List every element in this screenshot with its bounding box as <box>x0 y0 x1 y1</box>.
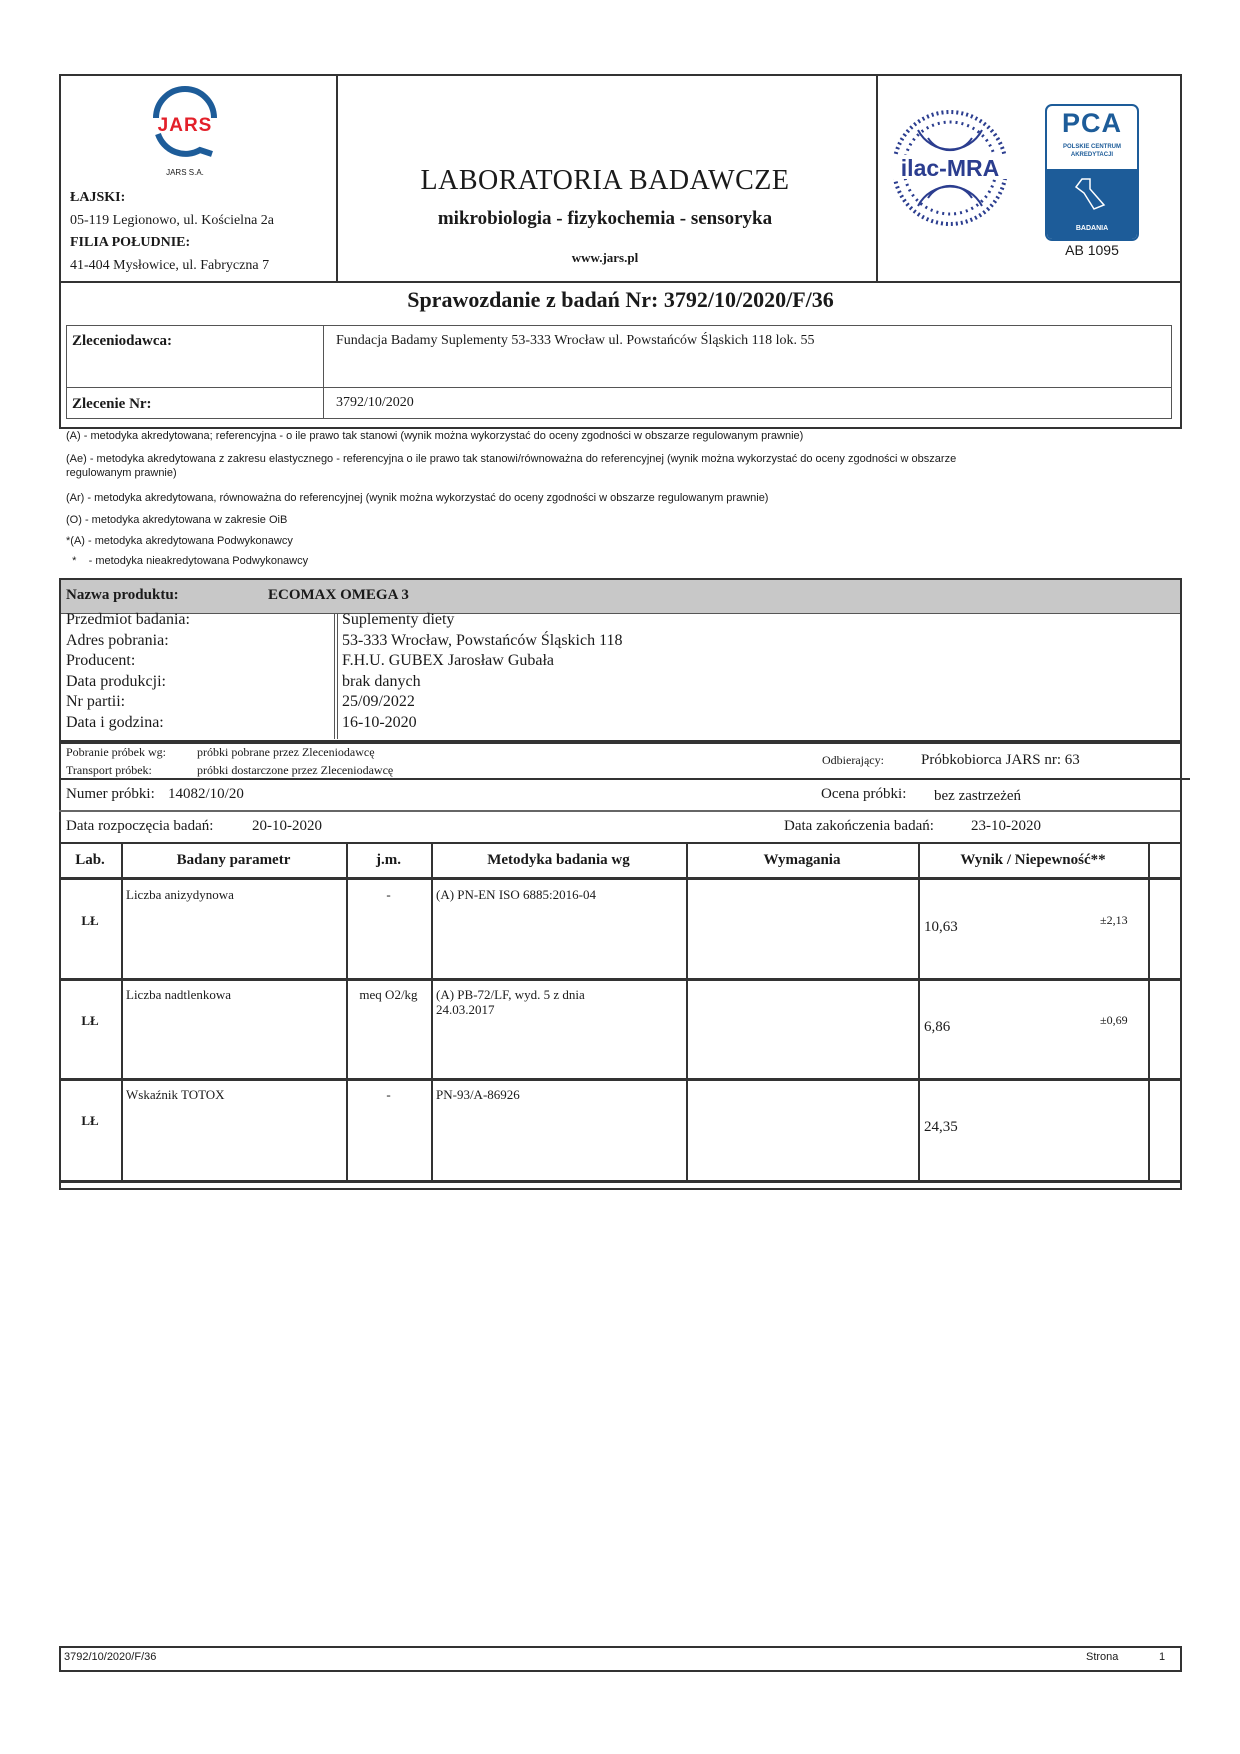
method-date: 24.03.2017 <box>436 1002 495 1018</box>
client-value: Fundacja Badamy Suplementy 53-333 Wrocła… <box>336 333 814 349</box>
parameter-name: Wskaźnik TOTOX <box>126 1087 225 1103</box>
detail-label: Data produkcji: <box>66 673 166 691</box>
result-value: 10,63 <box>924 919 958 936</box>
receiver-value: Próbkobiorca JARS nr: 63 <box>921 752 1080 769</box>
note-ae-cont: regulowanym prawnie) <box>66 467 177 479</box>
company-name: JARS S.A. <box>140 168 230 177</box>
sampling-method-value: próbki pobrane przez Zleceniodawcę <box>197 745 375 760</box>
note-o: (O) - metodyka akredytowana w zakresie O… <box>66 514 287 526</box>
column-header: Badany parametr <box>121 852 346 869</box>
divider <box>66 387 1171 388</box>
pca-badge: BADANIA <box>1047 225 1137 232</box>
detail-value: 25/09/2022 <box>342 693 415 711</box>
order-label: Zlecenie Nr: <box>72 396 152 413</box>
lab-code: LŁ <box>59 913 121 929</box>
unit: - <box>346 887 431 903</box>
start-date-label: Data rozpoczęcia badań: <box>66 818 213 835</box>
row-divider <box>59 978 1180 981</box>
end-date-value: 23-10-2020 <box>971 818 1041 835</box>
detail-label: Adres pobrania: <box>66 632 169 650</box>
svg-text:ilac-MRA: ilac-MRA <box>901 155 999 181</box>
product-name-value: ECOMAX OMEGA 3 <box>268 587 409 604</box>
end-date-label: Data zakończenia badań: <box>784 818 934 835</box>
sampling-method-label: Pobranie próbek wg: <box>66 745 166 760</box>
client-label: Zleceniodawca: <box>72 333 172 350</box>
note-ae: (Ae) - metodyka akredytowana z zakresu e… <box>66 453 956 465</box>
accreditation-number: AB 1095 <box>1045 242 1139 258</box>
note-a: (A) - metodyka akredytowana; referencyjn… <box>66 430 803 442</box>
svg-text:JARS: JARS <box>158 115 213 136</box>
detail-label: Nr partii: <box>66 693 125 711</box>
product-name-label: Nazwa produktu: <box>66 587 179 604</box>
parameter-name: Liczba nadtlenkowa <box>126 987 231 1003</box>
branch1-address: 05-119 Legionowo, ul. Kościelna 2a <box>70 213 274 229</box>
detail-value: F.H.U. GUBEX Jarosław Gubała <box>342 652 554 670</box>
transport-label: Transport próbek: <box>66 763 152 778</box>
method: PN-93/A-86926 <box>436 1087 520 1103</box>
footer-report-number: 3792/10/2020/F/36 <box>64 1651 156 1663</box>
column-header: Lab. <box>59 852 121 869</box>
branch2-label: FILIA POŁUDNIE: <box>70 235 190 251</box>
jars-logo: JARS <box>150 84 220 164</box>
detail-value: 16-10-2020 <box>342 714 417 732</box>
page-footer <box>59 1646 1182 1672</box>
divider <box>334 614 335 739</box>
detail-label: Przedmiot badania: <box>66 611 190 629</box>
divider <box>59 810 1180 812</box>
result-value: 6,86 <box>924 1019 950 1036</box>
uncertainty-value: ±2,13 <box>1100 913 1128 928</box>
lab-subtitle: mikrobiologia - fizykochemia - sensoryka <box>340 208 870 230</box>
divider <box>59 281 1180 283</box>
assessment-value: bez zastrzeżeń <box>934 788 1021 805</box>
branch2-address: 41-404 Mysłowice, ul. Fabryczna 7 <box>70 258 269 274</box>
report-title: Sprawozdanie z badań Nr: 3792/10/2020/F/… <box>59 287 1182 313</box>
detail-value: brak danych <box>342 673 421 691</box>
uncertainty-value: ±0,69 <box>1100 1013 1128 1028</box>
receiver-label: Odbierający: <box>822 753 884 768</box>
ilac-mra-logo: ilac-MRA <box>890 108 1010 228</box>
column-divider <box>686 844 688 1183</box>
method: (A) PN-EN ISO 6885:2016-04 <box>436 887 596 903</box>
flask-icon <box>1072 175 1112 213</box>
pca-logo: PCA POLSKIE CENTRUM AKREDYTACJI BADANIA <box>1045 104 1139 241</box>
divider <box>337 614 338 739</box>
detail-label: Producent: <box>66 652 135 670</box>
method: (A) PB-72/LF, wyd. 5 z dnia <box>436 987 585 1003</box>
note-sub-a: *(A) - metodyka akredytowana Podwykonawc… <box>66 535 293 547</box>
lab-code: LŁ <box>59 1013 121 1029</box>
assessment-label: Ocena próbki: <box>821 786 906 803</box>
divider <box>59 877 1180 880</box>
pca-logo-text: PCA <box>1047 106 1137 139</box>
detail-value: Suplementy diety <box>342 611 454 629</box>
divider <box>323 325 324 418</box>
start-date-value: 20-10-2020 <box>252 818 322 835</box>
row-divider <box>59 1078 1180 1081</box>
divider <box>336 74 338 283</box>
detail-value: 53-333 Wrocław, Powstańców Śląskich 118 <box>342 632 623 650</box>
lab-title: LABORATORIA BADAWCZE <box>340 165 870 197</box>
note-ar: (Ar) - metodyka akredytowana, równoważna… <box>66 492 768 504</box>
divider <box>59 1180 1180 1183</box>
pca-line2: AKREDYTACJI <box>1047 151 1137 159</box>
column-divider <box>431 844 433 1183</box>
parameter-name: Liczba anizydynowa <box>126 887 234 903</box>
column-header: Wynik / Niepewność** <box>918 852 1148 869</box>
column-header: Metodyka badania wg <box>431 852 686 869</box>
transport-value: próbki dostarczone przez Zleceniodawcę <box>197 763 393 778</box>
column-divider <box>121 844 123 1183</box>
website-link[interactable]: www.jars.pl <box>340 250 870 266</box>
column-divider <box>1148 844 1150 1183</box>
branch1-label: ŁAJSKI: <box>70 190 125 206</box>
divider <box>876 74 878 283</box>
detail-label: Data i godzina: <box>66 714 164 732</box>
divider <box>59 778 1190 780</box>
order-value: 3792/10/2020 <box>336 395 414 411</box>
lab-code: LŁ <box>59 1113 121 1129</box>
sample-number-value: 14082/10/20 <box>168 786 244 803</box>
unit: meq O2/kg <box>346 987 431 1003</box>
column-header: Wymagania <box>686 852 918 869</box>
result-value: 24,35 <box>924 1119 958 1136</box>
sample-number-label: Numer próbki: <box>66 786 155 803</box>
footer-page-number: 1 <box>1159 1651 1165 1663</box>
pca-line1: POLSKIE CENTRUM <box>1047 143 1137 151</box>
column-header: j.m. <box>346 852 431 869</box>
unit: - <box>346 1087 431 1103</box>
note-sub: * - metodyka nieakredytowana Podwykonawc… <box>66 555 308 567</box>
product-name-bar <box>61 580 1180 614</box>
column-divider <box>918 844 920 1183</box>
footer-page-label: Strona <box>1086 1651 1118 1663</box>
